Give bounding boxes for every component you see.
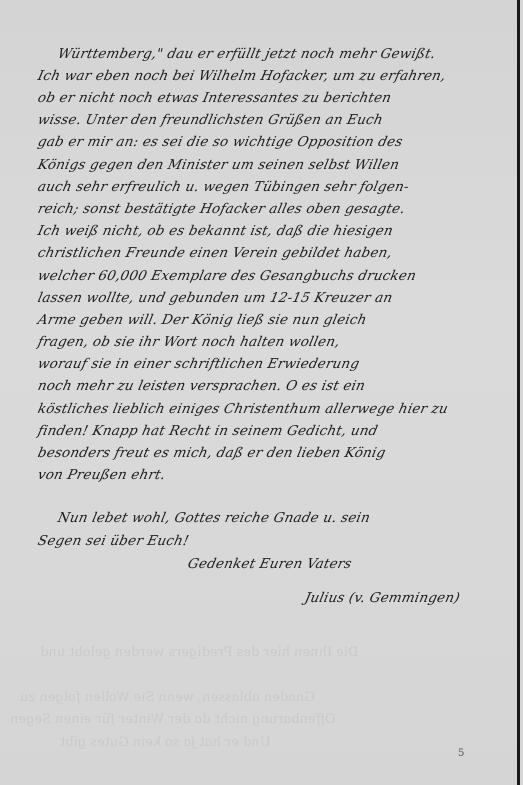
letter-line: von Preußen ehrt. xyxy=(36,467,167,483)
closing-line: Segen sei über Euch! xyxy=(36,533,190,549)
letter-line: besonders freut es mich, daß er den lieb… xyxy=(36,445,387,461)
letter-line: Württemberg," dau er erfüllt jetzt noch … xyxy=(56,46,437,62)
letter-line: christlichen Freunde einen Verein gebild… xyxy=(36,245,393,261)
bleed-through-text: Und er hat ja so kein Gutes gibt xyxy=(59,735,272,750)
letter-line: reich; sonst bestätigte Hofacker alles o… xyxy=(36,201,406,217)
letter-line: worauf sie in einer schriftlichen Erwied… xyxy=(36,356,361,372)
page-mark: 5 xyxy=(458,748,464,759)
letter-line: noch mehr zu leisten versprachen. O es i… xyxy=(36,378,366,394)
signature-name: Julius (v. Gemmingen) xyxy=(303,590,461,606)
letter-line: lassen wollte, und gebunden um 12-15 Kre… xyxy=(36,290,394,306)
letter-line: welcher 60,000 Exemplare des Gesangbuchs… xyxy=(36,268,417,284)
bleed-through-text: Offenbarung nicht da der Winter für eine… xyxy=(9,712,337,727)
signature-greeting: Gedenket Euren Vaters xyxy=(186,556,353,572)
letter-line: ob er nicht noch etwas Interessantes zu … xyxy=(36,90,393,106)
letter-line: gab er mir an: es sei die so wichtige Op… xyxy=(36,134,404,150)
letter-page: Die Ihnen hier des Predigers werden gelo… xyxy=(0,0,520,785)
letter-line: Ich war eben noch bei Wilhelm Hofacker, … xyxy=(36,68,447,84)
bleed-through-text: Die Ihnen hier des Predigers werden gelo… xyxy=(39,645,360,660)
letter-line: auch sehr erfreulich u. wegen Tübingen s… xyxy=(36,179,410,195)
letter-line: köstliches lieblich einiges Christenthum… xyxy=(36,401,449,417)
letter-line: wisse. Unter den freundlichsten Grüßen a… xyxy=(36,112,384,128)
letter-line: fragen, ob sie ihr Wort noch halten woll… xyxy=(36,334,341,350)
closing-line: Nun lebet wohl, Gottes reiche Gnade u. s… xyxy=(56,510,371,526)
letter-line: Arme geben will. Der König ließ sie nun … xyxy=(36,312,368,328)
bleed-through-text: Gnaden ablassen, wenn Sie Wollen folgen … xyxy=(19,690,316,705)
letter-line: Königs gegen den Minister um seinen selb… xyxy=(36,157,401,173)
scan-edge xyxy=(517,0,520,785)
letter-line: finden! Knapp hat Recht in seinem Gedich… xyxy=(36,423,379,439)
letter-line: Ich weiß nicht, ob es bekannt ist, daß d… xyxy=(36,223,394,239)
